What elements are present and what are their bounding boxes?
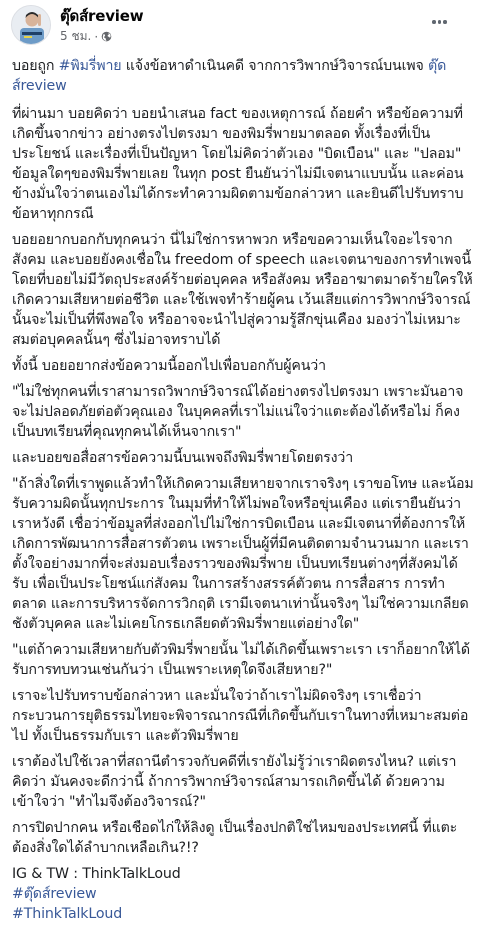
post-time[interactable]: 5 ชม. [60,27,91,46]
post-headline: บอยถูก #พิมรี่พาย แจ้งข้อหาดำเนินคดี จาก… [12,56,474,96]
hashtag-link[interactable]: #ThinkTalkLoud [12,906,122,922]
avatar-image [12,6,51,45]
post-body: บอยถูก #พิมรี่พาย แจ้งข้อหาดำเนินคดี จาก… [0,56,486,924]
paragraph: "แต่ถ้าความเสียหายกับตัวพิมรี่พายนั้น ไม… [12,640,474,680]
facebook-post: ตุ๊ดส์review 5 ชม. · บอยถูก #พิมรี่พาย แ… [0,0,486,924]
meta-separator: · [94,30,98,44]
author-name[interactable]: ตุ๊ดส์review [60,4,143,28]
avatar[interactable] [11,5,51,45]
paragraph: การปิดปากคน หรือเชือดไก่ให้ลิงดู เป็นเรื… [12,818,474,858]
paragraph: ทั้งนี้ บอยอยากส่งข้อความนี้ออกไปเพื่อบอ… [12,356,474,376]
paragraph: เราจะไปรับทราบข้อกล่าวหา และมั่นใจว่าถ้า… [12,686,474,746]
post-footer-text: IG & TW : ThinkTalkLoud #ตุ๊ดส์review #T… [12,864,474,924]
hashtag-link[interactable]: #ตุ๊ดส์review [12,886,96,902]
paragraph: "ถ้าสิ่งใดที่เราพูดแล้วทำให้เกิดความเสีย… [12,474,474,634]
social-handles: IG & TW : ThinkTalkLoud [12,864,474,884]
paragraph: ที่ผ่านมา บอยคิดว่า บอยนำเสนอ fact ของเห… [12,104,474,224]
paragraph: และบอยขอสื่อสารข้อความนี้บนเพจถึงพิมรี่พ… [12,448,474,468]
paragraph: "ไม่ใช่ทุกคนที่เราสามารถวิพากษ์วิจารณ์ได… [12,382,474,442]
hashtag-link[interactable]: #พิมรี่พาย [59,58,122,74]
more-options-icon [432,20,436,24]
paragraph: บอยอยากบอกกับทุกคนว่า นี่ไม่ใช่การหาพวก … [12,230,474,350]
more-options-button[interactable] [432,17,452,27]
globe-icon [101,31,112,42]
post-meta: 5 ชม. · [60,27,112,46]
paragraph: เราต้องไปใช้เวลาที่สถานีตำรวจกับคดีที่เร… [12,752,474,812]
post-header: ตุ๊ดส์review 5 ชม. · [0,0,486,52]
